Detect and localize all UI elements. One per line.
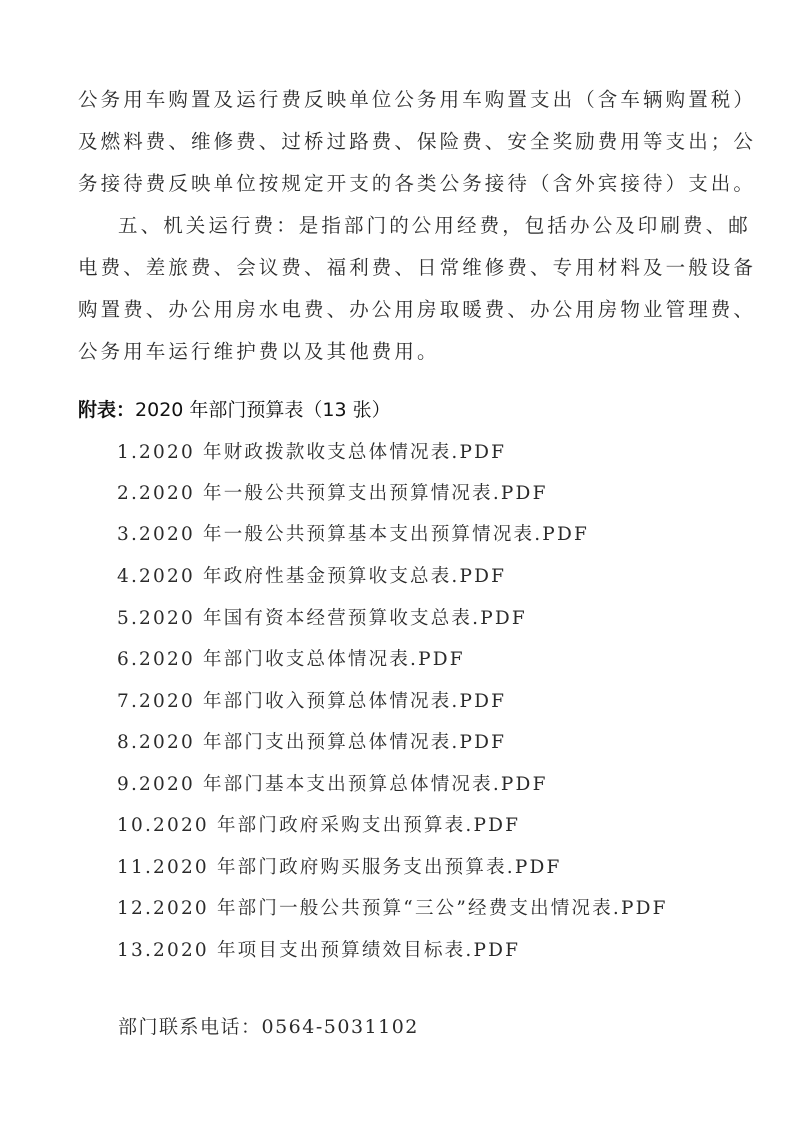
paragraph-line: 五、机关运行费：是指部门的公用经费，包括办公及印刷费、邮: [118, 213, 758, 239]
attachment-link-12[interactable]: 12.2020 年部门一般公共预算“三公”经费支出情况表.PDF: [117, 896, 668, 922]
attachment-link-9[interactable]: 9.2020 年部门基本支出预算总体情况表.PDF: [117, 772, 548, 798]
attachments-heading: 附表：2020 年部门预算表（13 张）: [78, 397, 391, 423]
contact-phone: 部门联系电话：0564-5031102: [118, 1014, 419, 1040]
paragraph-line: 公务用车购置及运行费反映单位公务用车购置支出（含车辆购置税）: [78, 87, 718, 113]
attachment-link-8[interactable]: 8.2020 年部门支出预算总体情况表.PDF: [117, 730, 506, 756]
attachments-label: 附表：: [78, 399, 135, 421]
paragraph-line: 公务用车运行维护费以及其他费用。: [78, 339, 718, 365]
attachment-link-11[interactable]: 11.2020 年部门政府购买服务支出预算表.PDF: [117, 855, 562, 881]
paragraph-line: 及燃料费、维修费、过桥过路费、保险费、安全奖励费用等支出；公: [78, 129, 718, 155]
paragraph-line: 购置费、办公用房水电费、办公用房取暖费、办公用房物业管理费、: [78, 297, 718, 323]
paragraph-line: 务接待费反映单位按规定开支的各类公务接待（含外宾接待）支出。: [78, 171, 718, 197]
attachment-link-3[interactable]: 3.2020 年一般公共预算基本支出预算情况表.PDF: [117, 522, 589, 548]
document-page: 公务用车购置及运行费反映单位公务用车购置支出（含车辆购置税） 及燃料费、维修费、…: [0, 0, 793, 1122]
attachment-link-1[interactable]: 1.2020 年财政拨款收支总体情况表.PDF: [117, 440, 506, 466]
attachments-title: 2020 年部门预算表（13 张）: [135, 399, 391, 421]
paragraph-line: 电费、差旅费、会议费、福利费、日常维修费、专用材料及一般设备: [78, 255, 718, 281]
attachment-link-5[interactable]: 5.2020 年国有资本经营预算收支总表.PDF: [117, 606, 527, 632]
attachment-link-13[interactable]: 13.2020 年项目支出预算绩效目标表.PDF: [117, 938, 520, 964]
attachment-link-6[interactable]: 6.2020 年部门收支总体情况表.PDF: [117, 647, 465, 673]
attachment-link-2[interactable]: 2.2020 年一般公共预算支出预算情况表.PDF: [117, 481, 548, 507]
attachment-link-10[interactable]: 10.2020 年部门政府采购支出预算表.PDF: [117, 813, 520, 839]
attachment-link-4[interactable]: 4.2020 年政府性基金预算收支总表.PDF: [117, 564, 506, 590]
attachment-link-7[interactable]: 7.2020 年部门收入预算总体情况表.PDF: [117, 689, 506, 715]
